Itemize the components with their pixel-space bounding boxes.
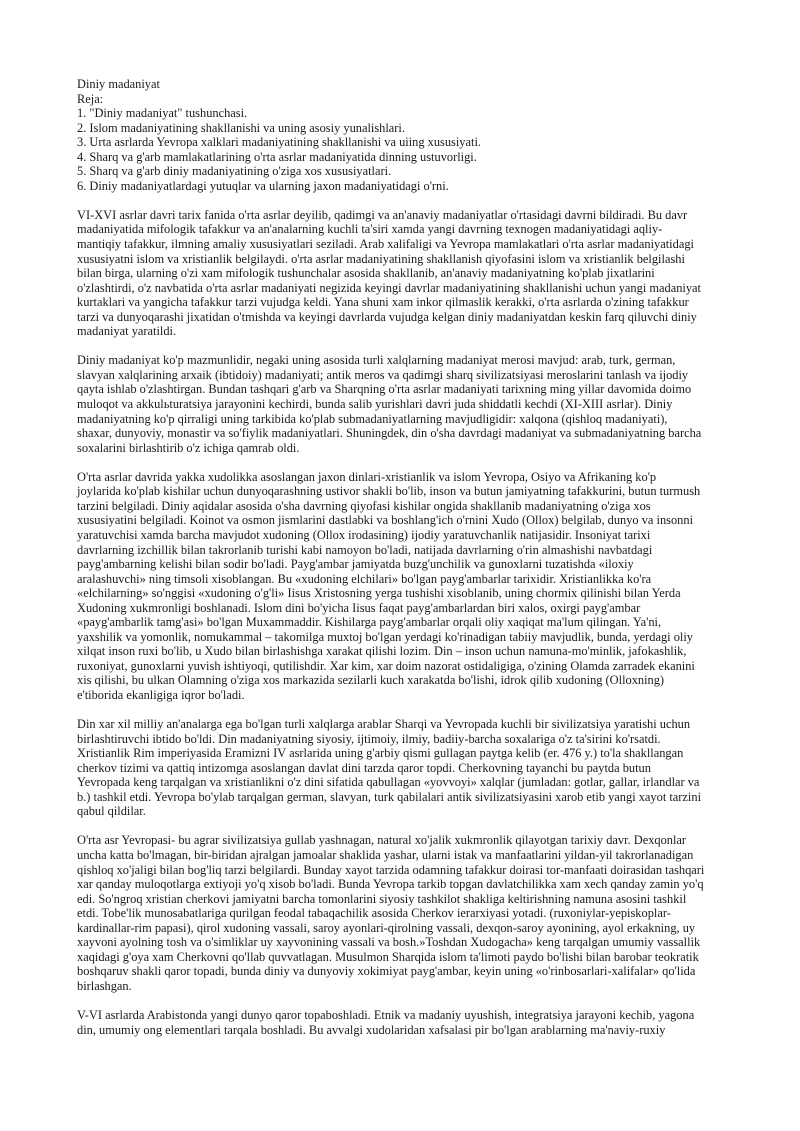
paragraph-1: VI-XVI asrlar davri tarix fanida o'rta a… <box>77 208 727 339</box>
document-title: Diniy madaniyat <box>77 77 727 92</box>
paragraph-line: «elchilarning» so'nggisi «xudoning o'g'l… <box>77 586 727 601</box>
paragraph-line: «payg'ambarlik tamg'asi» bo'lgan Muxamma… <box>77 615 727 630</box>
paragraph-4: Din xar xil milliy an'analarga ega bo'lg… <box>77 717 727 819</box>
paragraph-line: xayvoni ayolning tosh va o'simliklar uy … <box>77 935 727 950</box>
paragraph-line: etdi. Tobe'lik munosabatlariga qurilgan … <box>77 906 727 921</box>
paragraph-line: birlashtiruvchi ibtido bo'ldi. Din madan… <box>77 732 727 747</box>
paragraph-line: tarzini belgiladi. Diniy aqidalar asosid… <box>77 499 727 514</box>
paragraph-line: aralashuvchi» ning timsoli xisoblangan. … <box>77 572 727 587</box>
paragraph-line: payg'ambarning kelishi bilan sodir bo'la… <box>77 557 727 572</box>
paragraph-line: kardinallar-rim papasi), qirol xudoning … <box>77 921 727 936</box>
paragraph-line: mantiqiy tafakkur, ilmning amaliy xususi… <box>77 237 727 252</box>
plan-item: 1. "Diniy madaniyat" tushunchasi. <box>77 106 727 121</box>
paragraph-line: O'rta asrlar davrida yakka xudolikka aso… <box>77 470 727 485</box>
paragraph-2: Diniy madaniyat ko'p mazmunlidir, negaki… <box>77 353 727 455</box>
plan-item: 5. Sharq va g'arb diniy madaniyatining o… <box>77 164 727 179</box>
paragraph-line: muloqot va akkulьturatsiya jarayonini ke… <box>77 397 727 412</box>
paragraph-line: Xristianlik Rim imperiyasida Eramizni IV… <box>77 746 727 761</box>
paragraph-line: tarzi va dunyoqarashi jixatidan o'tmishd… <box>77 310 727 325</box>
paragraph-line: Xudoning xukmronligi boshlanadi. Islom d… <box>77 601 727 616</box>
paragraph-line: bilan birga, ularning o'zi xam mifologik… <box>77 266 727 281</box>
plan-label: Reja: <box>77 92 727 107</box>
paragraph-line: qishloq xo'jaligi bilan bog'liq tarzi be… <box>77 863 727 878</box>
paragraph-line: b.) tashkil etdi. Yevropa bo'ylab tarqal… <box>77 790 727 805</box>
plan-list: 1. "Diniy madaniyat" tushunchasi. 2. Isl… <box>77 106 727 193</box>
paragraph-line: uncha katta bo'lmagan, bir-biridan ajral… <box>77 848 727 863</box>
paragraph-line: joylarida ko'plab kishilar uchun dunyoqa… <box>77 484 727 499</box>
paragraph-line: slavyan xalqlarining arxaik (ibtidoiy) m… <box>77 368 727 383</box>
paragraph-6: V-VI asrlarda Arabistonda yangi dunyo qa… <box>77 1008 727 1037</box>
paragraph-line: xilqat inson ruxi bo'lib, u Xudo bilan b… <box>77 644 727 659</box>
paragraph-line: xar qanday muloqotlarga extiyoji yo'q xi… <box>77 877 727 892</box>
paragraph-line: Yevropada keng tarqalgan va xristianlikn… <box>77 775 727 790</box>
paragraph-5: O'rta asr Yevropasi- bu agrar sivilizats… <box>77 833 727 993</box>
paragraph-line: cherkov tizimi va qattiq intizomga asosl… <box>77 761 727 776</box>
paragraph-line: O'rta asr Yevropasi- bu agrar sivilizats… <box>77 833 727 848</box>
paragraph-line: xis qilishi, bu ulkan Olamning o'ziga xo… <box>77 673 727 688</box>
paragraph-line: yaratuvchisi xamda barcha mavjudot xudon… <box>77 528 727 543</box>
paragraph-line: Diniy madaniyat ko'p mazmunlidir, negaki… <box>77 353 727 368</box>
paragraph-line: edi. So'ngroq xristian cherkovi jamiyatn… <box>77 892 727 907</box>
paragraph-line: soxalarini birlashtirib o'z ichiga qamra… <box>77 441 727 456</box>
paragraph-line: birlashgan. <box>77 979 727 994</box>
paragraph-line: V-VI asrlarda Arabistonda yangi dunyo qa… <box>77 1008 727 1023</box>
document-page: Diniy madaniyat Reja: 1. "Diniy madaniya… <box>77 77 727 1037</box>
paragraph-line: kurtaklari va yangicha tafakkur tarzi vu… <box>77 295 727 310</box>
plan-item: 3. Urta asrlarda Yevropa xalklari madani… <box>77 135 727 150</box>
paragraph-line: xususiyatini belgiladi. Koinot va osmon … <box>77 513 727 528</box>
paragraph-line: VI-XVI asrlar davri tarix fanida o'rta a… <box>77 208 727 223</box>
paragraph-line: Din xar xil milliy an'analarga ega bo'lg… <box>77 717 727 732</box>
paragraph-line: madaniyatida mifologik tafakkur va an'an… <box>77 222 727 237</box>
paragraph-line: boshqaruv shakli qaror topadi, bunda din… <box>77 964 727 979</box>
paragraph-line: madaniyatning ko'p qirraligi uning tarki… <box>77 412 727 427</box>
plan-item: 2. Islom madaniyatining shakllanishi va … <box>77 121 727 136</box>
paragraph-line: yaxshilik va yomonlik, nomukammal – tako… <box>77 630 727 645</box>
paragraph-line: qayta ishlab o'zlashtirgan. Bundan tashq… <box>77 382 727 397</box>
plan-item: 4. Sharq va g'arb mamlakatlarining o'rta… <box>77 150 727 165</box>
paragraph-line: davrlarning izchillik bilan takrorlanib … <box>77 543 727 558</box>
plan-item: 6. Diniy madaniyatlardagi yutuqlar va ul… <box>77 179 727 194</box>
paragraph-line: xaqidagi g'oya xam Cherkovni qo'llab quv… <box>77 950 727 965</box>
paragraph-line: xususiyatni islom va xristianlik belgila… <box>77 252 727 267</box>
paragraph-line: o'zlashtirdi, o'z navbatida o'rta asrlar… <box>77 281 727 296</box>
paragraph-line: qabul qildilar. <box>77 804 727 819</box>
paragraph-line: e'tiborida ekanligiga iqror bo'ladi. <box>77 688 727 703</box>
paragraph-line: shaxar, dunyoviy, monastir va so'fiylik … <box>77 426 727 441</box>
paragraph-3: O'rta asrlar davrida yakka xudolikka aso… <box>77 470 727 703</box>
paragraph-line: din, umumiy ong elementlari tarqala bosh… <box>77 1023 727 1038</box>
paragraph-line: ruxoniyat, gunoxlarni yuvish ishtiyoqi, … <box>77 659 727 674</box>
paragraph-line: madaniyat yaratildi. <box>77 324 727 339</box>
